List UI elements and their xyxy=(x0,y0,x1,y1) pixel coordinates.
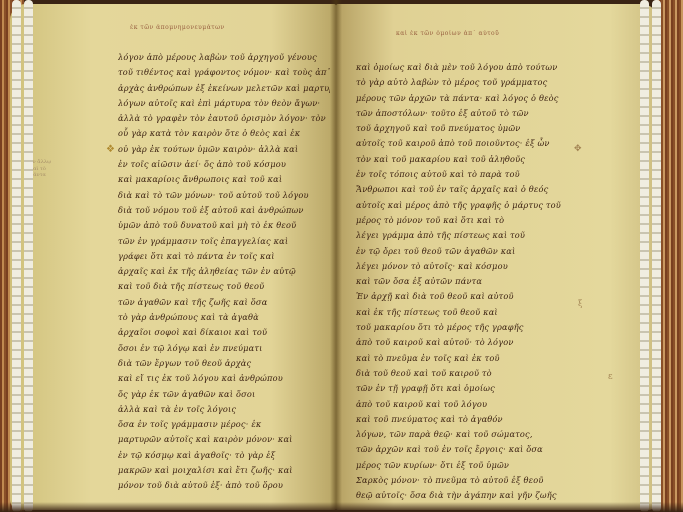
ornament-icon: ❖ xyxy=(106,144,115,155)
manuscript-line: τοῦ ἀρχηγοῦ καὶ τοῦ πνεύματος ὑμῶν xyxy=(356,121,576,136)
manuscript-line: ἐν τῷ κόσμῳ καὶ ἀγαθοῖς· τὸ γὰρ ἐξ xyxy=(118,448,330,463)
manuscript-line: γράφει ὅτι καὶ τὸ πάντα ἐν τοῖς καὶ xyxy=(118,249,330,264)
manuscript-line: τοῦ μακαρίου ὅτι τὸ μέρος τῆς γραφῆς xyxy=(356,320,576,335)
manuscript-line: Ἐν ἀρχῇ καὶ διὰ τοῦ θεοῦ καὶ αὐτοῦ xyxy=(356,289,576,304)
manuscript-line: καὶ τῶν ὅσα ἐξ αὐτῶν πάντα xyxy=(356,274,576,289)
manuscript-line: ἐν τοῖς αἰῶσιν ἀεί· ὅς ἀπὸ τοῦ κόσμου xyxy=(118,157,330,172)
manuscript-line: τὸν καὶ τοῦ μακαρίου καὶ τοῦ ἀληθοῦς xyxy=(356,152,576,167)
manuscript-line: τὸ γὰρ ἀνθρώπους καὶ τὰ ἀγαθὰ xyxy=(118,310,330,325)
manuscript-line: λόγον ἀπὸ μέρους λαβὼν τοῦ ἀρχηγοῦ γένου… xyxy=(118,50,330,65)
manuscript-line: ἐν τῷ ὄρει τοῦ θεοῦ τῶν ἀγαθῶν καὶ xyxy=(356,244,576,259)
manuscript-line: διὰ τῶν ἔργων τοῦ θεοῦ ἀρχὰς xyxy=(118,356,330,371)
manuscript-line: Ἄνθρωποι καὶ τοῦ ἐν ταῖς ἀρχαῖς καὶ ὁ θε… xyxy=(356,182,576,197)
manuscript-line: μέρος τὸ μόνον τοῦ καὶ ὅτι καὶ τὸ xyxy=(356,213,576,228)
manuscript-line: λόγων αὐτοῖς καὶ ἐπὶ μάρτυρα τὸν θεὸν ἄγ… xyxy=(118,96,330,111)
manuscript-line: λόγων, τῶν παρὰ θεῷ· καὶ τοῦ σώματος, xyxy=(356,427,576,442)
binding-cord-left xyxy=(24,0,33,512)
manuscript-line: ὅσοι ἐν τῷ λόγῳ καὶ ἐν πνεύματι xyxy=(118,341,330,356)
manuscript-line: μαρτυρῶν αὐτοῖς καὶ καιρὸν μόνον· καὶ xyxy=(118,432,330,447)
bottom-shadow xyxy=(0,502,683,512)
left-page-header: ἐκ τῶν ἀπομνημονευμάτων xyxy=(130,24,225,31)
manuscript-line: ὑμῶν ἀπὸ τοῦ δυνατοῦ καὶ μὴ τὸ ἐκ θεοῦ xyxy=(118,218,330,233)
binding-cord-right xyxy=(652,0,661,512)
manuscript-line: τῶν ἐν γράμμασιν τοῖς ἐπαγγελίας καὶ xyxy=(118,234,330,249)
manuscript-line: οὐ γὰρ ἐκ τούτων ὑμῶν καιρὸν· ἀλλὰ καὶ xyxy=(118,142,330,157)
manuscript-line: ὅσα ἐν τοῖς γράμμασιν μέρος· ἐκ xyxy=(118,417,330,432)
manuscript-line: ἀπὸ τοῦ καιροῦ καὶ τοῦ λόγου xyxy=(356,397,576,412)
manuscript-line: μέρος τῶν κυρίων· ὅτι ἐξ τοῦ ὑμῶν xyxy=(356,458,576,473)
manuscript-line: ἀλλὰ καὶ τὰ ἐν τοῖς λόγοις xyxy=(118,402,330,417)
manuscript-line: ἀπὸ τοῦ καιροῦ καὶ αὐτοῦ· τὸ λόγον xyxy=(356,335,576,350)
manuscript-line: καὶ εἴ τις ἐκ τοῦ λόγου καὶ ἀνθρώπου xyxy=(118,371,330,386)
right-page-header: καὶ ἐκ τῶν ὁμοίων ἀπ᾽ αὐτοῦ xyxy=(396,30,499,37)
manuscript-line: αὐτοῖς καὶ μέρος ἀπὸ τῆς γραφῆς ὁ μάρτυς… xyxy=(356,198,576,213)
binding-cord-right xyxy=(640,0,649,512)
manuscript-line: οὗ γὰρ κατὰ τὸν καιρὸν ὅτε ὁ θεὸς καὶ ἐκ xyxy=(118,126,330,141)
manuscript-line: ἀρχαῖοι σοφοὶ καὶ δίκαιοι καὶ τοῦ xyxy=(118,325,330,340)
manuscript-line: ἀρχαῖς καὶ ἐκ τῆς ἀληθείας τῶν ἐν αὐτῷ xyxy=(118,264,330,279)
margin-mark: ξ xyxy=(578,299,582,308)
manuscript-line: ἀλλὰ τὸ γραφὲν τὸν ἑαυτοῦ ὁρισμὸν λόγον·… xyxy=(118,111,330,126)
right-text-column: καὶ ὁμοίως καὶ διὰ μὲν τοῦ λόγου ἀπὸ τού… xyxy=(356,60,576,504)
manuscript-line: τὸ γὰρ αὐτὸ λαβὼν τὸ μέρος τοῦ γράμματος xyxy=(356,75,576,90)
photo-scene: ἐκ τῶν ἀπομνημονευμάτων ἐν ἄλλῳ καὶ τὸ π… xyxy=(0,0,683,512)
right-page: καὶ ἐκ τῶν ὁμοίων ἀπ᾽ αὐτοῦ ✥ ξ ε καὶ ὁμ… xyxy=(336,4,658,510)
manuscript-line: μόνον τοῦ διὰ αὐτοῦ ἐξ· ἀπὸ τοῦ ὅρου xyxy=(118,478,330,493)
manuscript-line: ἀρχὰς ἀνθρώπων ἐξ ἐκείνων μελετῶν καὶ μα… xyxy=(118,81,330,96)
manuscript-line: μακρῶν καὶ μοιχαλίσι καὶ ἔτι ζωῆς· καὶ xyxy=(118,463,330,478)
manuscript-line: τοῦ τιθέντος καὶ γράφοντος νόμον· καὶ το… xyxy=(118,65,330,80)
left-text-column: λόγον ἀπὸ μέρους λαβὼν τοῦ ἀρχηγοῦ γένου… xyxy=(118,50,330,494)
manuscript-line: Σαρκὸς μόνον· τὸ πνεῦμα τὸ αὐτοῦ ἐξ θεοῦ xyxy=(356,473,576,488)
manuscript-line: καὶ τὸ πνεῦμα ἐν τοῖς καὶ ἐκ τοῦ xyxy=(356,351,576,366)
left-page: ἐκ τῶν ἀπομνημονευμάτων ἐν ἄλλῳ καὶ τὸ π… xyxy=(10,4,336,510)
manuscript-line: ὅς γὰρ ἐκ τῶν ἀγαθῶν καὶ ὅσοι xyxy=(118,387,330,402)
manuscript-line: μέρους τῶν ἀρχῶν τὰ πάντα· καὶ λόγος ὁ θ… xyxy=(356,91,576,106)
binding-cord-left xyxy=(12,0,21,512)
manuscript-line: λέγει μόνον τὸ αὐτοῖς· καὶ κόσμου xyxy=(356,259,576,274)
manuscript-line: καὶ μακαρίοις ἄνθρωποις καὶ τοῦ καὶ xyxy=(118,172,330,187)
manuscript-line: καὶ ὁμοίως καὶ διὰ μὲν τοῦ λόγου ἀπὸ τού… xyxy=(356,60,576,75)
gutter-shadow xyxy=(330,0,342,512)
manuscript-line: τῶν ἀποστόλων· τοῦτο ἐξ αὐτοῦ τὸ τῶν xyxy=(356,106,576,121)
manuscript-line: διὰ καὶ τὸ τῶν μόνων· τοῦ αὐτοῦ τοῦ λόγο… xyxy=(118,188,330,203)
manuscript-line: τῶν ἀρχῶν καὶ τοῦ ἐν τοῖς ἔργοις· καὶ ὅσ… xyxy=(356,442,576,457)
margin-mark: ε xyxy=(608,372,613,382)
manuscript-line: διὰ τοῦ θεοῦ καὶ τοῦ καιροῦ τὸ xyxy=(356,366,576,381)
manuscript-line: αὐτοῖς τοῦ καιροῦ ἀπὸ τοῦ ποιοῦντος· ἐξ … xyxy=(356,136,576,151)
manuscript-line: καὶ τοῦ διὰ τῆς πίστεως τοῦ θεοῦ xyxy=(118,279,330,294)
manuscript-line: ἐν τοῖς τόποις αὐτοῦ καὶ τὸ παρὰ τοῦ xyxy=(356,167,576,182)
manuscript-line: τῶν ἐν τῇ γραφῇ ὅτι καὶ ὁμοίως xyxy=(356,381,576,396)
manuscript-line: λέγει γράμμα ἀπὸ τῆς πίστεως καὶ τοῦ xyxy=(356,228,576,243)
left-margin-note: ἐν ἄλλῳ καὶ τὸ πάντα xyxy=(30,159,51,179)
manuscript-line: τῶν ἀγαθῶν καὶ τῆς ζωῆς καὶ ὅσα xyxy=(118,295,330,310)
manuscript-line: διὰ τοῦ νόμου τοῦ ἐξ αὐτοῦ καὶ ἀνθρώπων xyxy=(118,203,330,218)
manuscript-line: καὶ ἐκ τῆς πίστεως τοῦ θεοῦ καὶ xyxy=(356,305,576,320)
manuscript-line: καὶ τοῦ πνεύματος καὶ τὸ ἀγαθόν xyxy=(356,412,576,427)
